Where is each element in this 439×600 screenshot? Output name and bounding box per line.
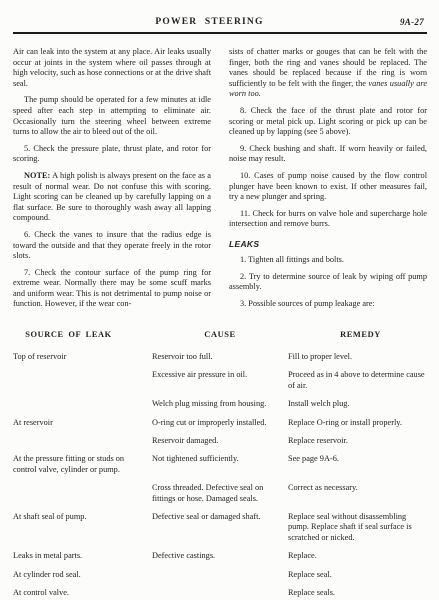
source-cell: At control valve. — [13, 588, 152, 598]
source-cell — [13, 483, 152, 504]
cause-cell: Reservoir too full. — [152, 352, 288, 362]
remedy-cell: Proceed as in 4 above to determine cause… — [288, 370, 427, 391]
cause-cell: Cross threaded. Defective seal on fittin… — [152, 483, 288, 504]
table-row: At shaft seal of pump. Defective seal or… — [13, 512, 427, 543]
remedy-cell: Replace O-ring or install properly. — [288, 418, 427, 428]
table-row: At the pressure fitting or studs on cont… — [13, 454, 427, 475]
step-9: 9. Check bushing and shaft. If worn heav… — [229, 144, 427, 165]
table-row: At cylinder rod seal. Replace seal. — [13, 570, 427, 580]
table-header-row: SOURCE OF LEAK CAUSE REMEDY — [13, 330, 427, 339]
right-column: sists of chatter marks or gouges that ca… — [229, 47, 427, 321]
remedy-cell: Replace seals. — [288, 588, 427, 598]
step-7: 7. Check the contour surface of the pump… — [13, 268, 211, 310]
source-cell: At reservoir — [13, 418, 152, 428]
cause-cell — [152, 570, 288, 580]
source-cell — [13, 399, 152, 409]
source-cell — [13, 370, 152, 391]
source-cell: At cylinder rod seal. — [13, 570, 152, 580]
table-header-source: SOURCE OF LEAK — [13, 330, 152, 339]
left-column: Air can leak into the system at any plac… — [13, 47, 211, 321]
page-header: POWER STEERING 9A-27 — [0, 0, 439, 33]
cause-cell: O-ring cut or improperly installed. — [152, 418, 288, 428]
text-columns: Air can leak into the system at any plac… — [13, 47, 427, 321]
note-label: NOTE: — [24, 171, 50, 180]
paragraph-continuation: sists of chatter marks or gouges that ca… — [229, 47, 427, 100]
source-cell — [13, 436, 152, 446]
remedy-cell: See page 9A-6. — [288, 454, 427, 475]
table-row: At reservoir O-ring cut or improperly in… — [13, 418, 427, 428]
cause-cell: Welch plug missing from housing. — [152, 399, 288, 409]
page-number: 9A-27 — [400, 17, 424, 27]
table-row: Cross threaded. Defective seal on fittin… — [13, 483, 427, 504]
remedy-cell: Correct as necessary. — [288, 483, 427, 504]
step-6: 6. Check the vanes to insure that the ra… — [13, 230, 211, 262]
source-cell: Top of reservoir — [13, 352, 152, 362]
cause-cell: Defective castings. — [152, 551, 288, 561]
manual-page: POWER STEERING 9A-27 Air can leak into t… — [0, 0, 439, 600]
remedy-cell: Replace seal. — [288, 570, 427, 580]
cause-cell — [152, 588, 288, 598]
leak-source-table: SOURCE OF LEAK CAUSE REMEDY Top of reser… — [13, 330, 427, 599]
step-8: 8. Check the face of the thrust plate an… — [229, 106, 427, 138]
step-11: 11. Check for burrs on valve hole and su… — [229, 209, 427, 230]
page-body: Air can leak into the system at any plac… — [0, 33, 439, 599]
cause-cell: Reservoir damaged. — [152, 436, 288, 446]
source-cell: Leaks in metal parts. — [13, 551, 152, 561]
cause-cell: Defective seal or damaged shaft. — [152, 512, 288, 543]
paragraph-pump-operate: The pump should be operated for a few mi… — [13, 95, 211, 137]
leak-step-2: 2. Try to determine source of leak by wi… — [229, 272, 427, 293]
remedy-cell: Replace. — [288, 551, 427, 561]
remedy-cell: Fill to proper level. — [288, 352, 427, 362]
page-title: POWER STEERING — [155, 17, 263, 27]
header-rule — [13, 32, 427, 34]
step-10: 10. Cases of pump noise caused by the fl… — [229, 171, 427, 203]
remedy-cell: Replace seal without disassembling pump.… — [288, 512, 427, 543]
leak-step-3: 3. Possible sources of pump leakage are: — [229, 299, 427, 310]
step-5: 5. Check the pressure plate, thrust plat… — [13, 144, 211, 165]
table-row: Leaks in metal parts. Defective castings… — [13, 551, 427, 561]
remedy-cell: Replace reservoir. — [288, 436, 427, 446]
table-row: Reservoir damaged. Replace reservoir. — [13, 436, 427, 446]
paragraph-intro: Air can leak into the system at any plac… — [13, 47, 211, 89]
table-header-remedy: REMEDY — [288, 330, 427, 339]
source-cell: At the pressure fitting or studs on cont… — [13, 454, 152, 475]
table-row: Top of reservoir Reservoir too full. Fil… — [13, 352, 427, 362]
cause-cell: Excessive air pressure in oil. — [152, 370, 288, 391]
table-row: Welch plug missing from housing. Install… — [13, 399, 427, 409]
note-paragraph: NOTE: A high polish is always present on… — [13, 171, 211, 224]
source-cell: At shaft seal of pump. — [13, 512, 152, 543]
table-row: At control valve. Replace seals. — [13, 588, 427, 598]
cause-cell: Not tightened sufficiently. — [152, 454, 288, 475]
leaks-heading: LEAKS — [229, 239, 427, 249]
table-header-cause: CAUSE — [152, 330, 288, 339]
leak-step-1: 1. Tighten all fittings and bolts. — [229, 255, 427, 266]
table-row: Excessive air pressure in oil. Proceed a… — [13, 370, 427, 391]
remedy-cell: Install welch plug. — [288, 399, 427, 409]
